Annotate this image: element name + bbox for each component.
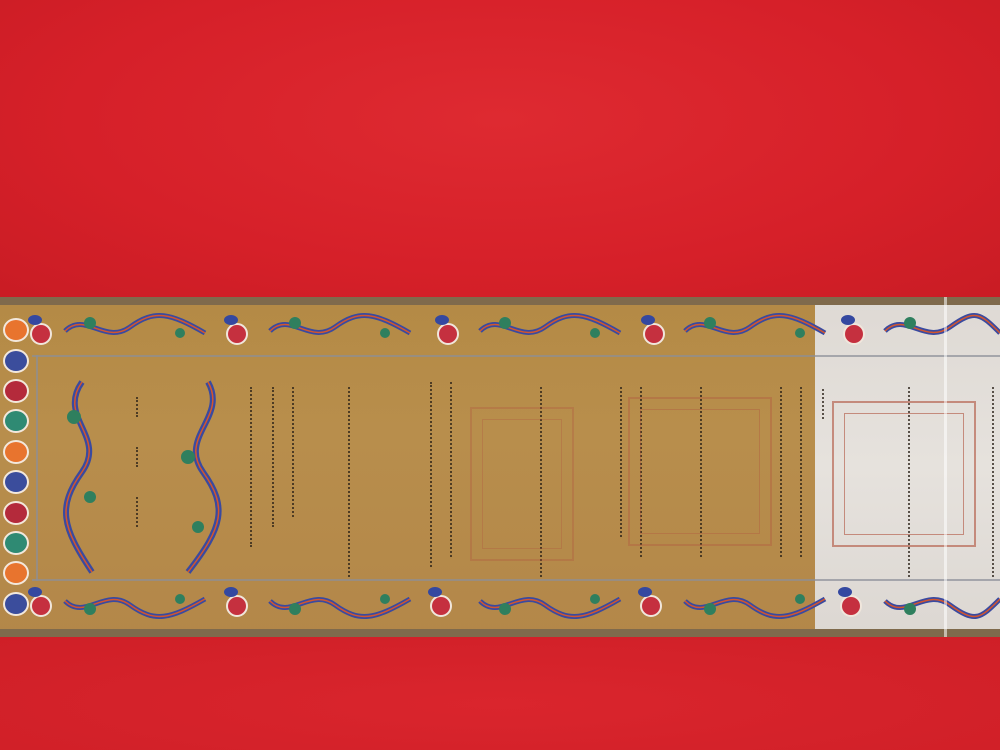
pearl-medallion-icon (226, 595, 248, 617)
pearl-medallion-icon (840, 595, 862, 617)
red-felt-background-top (0, 0, 1000, 298)
script-column (800, 387, 808, 557)
cloud-icon (3, 440, 29, 464)
pearl-medallion-icon (30, 595, 52, 617)
cloud-icon (3, 531, 29, 555)
dragon-icon (265, 311, 415, 345)
vertical-dragon-icon (52, 377, 112, 577)
cloud-icon (3, 470, 29, 494)
cloud-icon (3, 409, 29, 433)
script-column (136, 497, 144, 527)
dragon-icon (475, 311, 625, 345)
scroll-fold-crease (944, 297, 947, 637)
edict-scroll (0, 297, 1000, 637)
script-column (822, 389, 830, 419)
script-column (430, 382, 438, 567)
scroll-bottom-edge (0, 629, 1000, 637)
dragon-icon (880, 311, 1000, 345)
dragon-icon (265, 587, 415, 621)
pearl-medallion-icon (226, 323, 248, 345)
cloud-icon (3, 501, 29, 525)
script-column (250, 387, 258, 547)
cloud-icon (3, 379, 29, 403)
pearl-medallion-icon (30, 323, 52, 345)
scroll-top-edge (0, 297, 1000, 305)
dragon-icon (880, 587, 1000, 621)
cloud-icon (3, 349, 29, 373)
cloud-icon (3, 318, 29, 342)
cloud-icon (3, 561, 29, 585)
pearl-medallion-icon (843, 323, 865, 345)
red-seal-stamp (470, 407, 574, 561)
script-column (992, 387, 1000, 577)
top-border-rule (32, 355, 1000, 357)
cloud-icon (3, 592, 29, 616)
cloud-column (0, 315, 32, 619)
dragon-icon (475, 587, 625, 621)
pearl-medallion-icon (640, 595, 662, 617)
dragon-icon (680, 587, 830, 621)
script-column (136, 447, 144, 467)
left-border-rule (36, 355, 38, 581)
script-column (292, 387, 300, 517)
pearl-medallion-icon (437, 323, 459, 345)
pearl-medallion-icon (430, 595, 452, 617)
bottom-border-rule (32, 579, 1000, 581)
dragon-icon (680, 311, 830, 345)
red-felt-background-bottom (0, 636, 1000, 750)
pearl-medallion-icon (643, 323, 665, 345)
dragon-icon (60, 311, 210, 345)
script-column (348, 387, 356, 577)
script-column (272, 387, 280, 527)
red-seal-stamp (832, 401, 976, 547)
vertical-dragon-icon (168, 377, 228, 577)
script-column (780, 387, 788, 557)
script-column (620, 387, 628, 537)
dragon-icon (60, 587, 210, 621)
script-column (450, 382, 458, 557)
script-column (136, 397, 144, 417)
red-seal-stamp (628, 397, 772, 546)
